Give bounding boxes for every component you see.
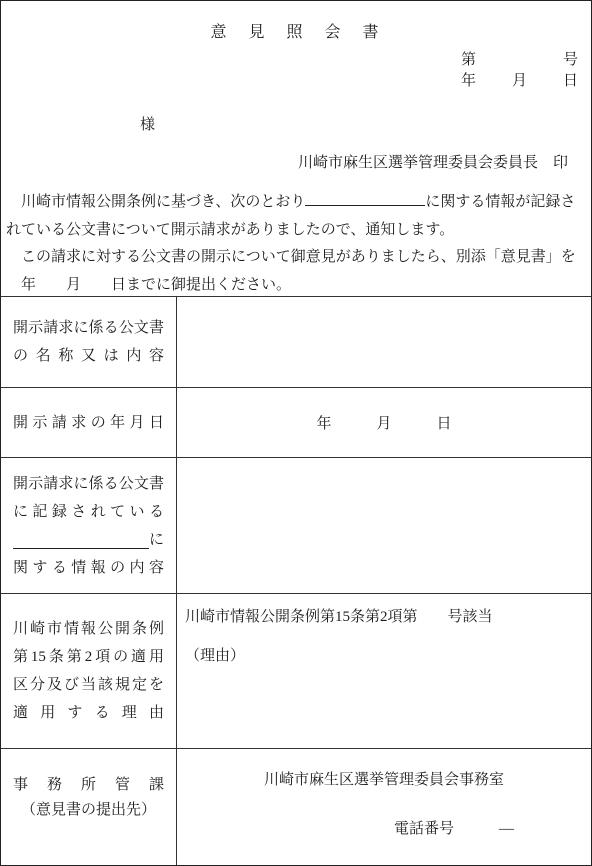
- table-row-responsible-office: 事務所管課 （意見書の提出先） 川崎市麻生区選挙管理委員会事務室 電話番号 ―: [1, 749, 591, 865]
- row2-date-placeholder: 年 月 日: [316, 412, 451, 433]
- table-row-request-date: 開示請求の年月日 年 月 日: [1, 388, 591, 458]
- addressee-honorific: 様: [140, 113, 155, 134]
- row4-value-cell: 川崎市情報公開条例第15条第2項第 号該当 （理由）: [177, 594, 591, 748]
- row3-label-line4: 関する情報の内容: [13, 554, 164, 582]
- row5-label-line2: （意見書の提出先）: [13, 798, 164, 823]
- row4-reason-label: （理由）: [185, 644, 583, 668]
- body-text-block: 川崎市情報公開条例に基づき、次のとおりに関する情報が記録されている公文書について…: [6, 189, 587, 299]
- date-year-label: 年: [461, 71, 476, 92]
- number-prefix: 第: [461, 50, 476, 71]
- number-suffix: 号: [563, 50, 578, 71]
- row1-label-line1: 開示請求に係る公文書: [13, 314, 164, 342]
- reference-block: 第号 年月日: [461, 50, 578, 92]
- row2-label-line: 開示請求の年月日: [13, 409, 164, 437]
- document-date-line: 年月日: [461, 71, 578, 92]
- document-number-line: 第号: [461, 50, 578, 71]
- row5-value-cell: 川崎市麻生区選挙管理委員会事務室 電話番号 ―: [177, 749, 591, 865]
- row5-label-cell: 事務所管課 （意見書の提出先）: [1, 749, 177, 865]
- row3-label-line3-suffix: に: [149, 526, 164, 554]
- row3-fill-in-blank-underline: [13, 548, 149, 549]
- date-day-label: 日: [563, 71, 578, 92]
- opinion-inquiry-document: 意 見 照 会 書 第号 年月日 様 川崎市麻生区選挙管理委員会委員長 印 川崎…: [0, 0, 592, 866]
- table-row-document-name: 開示請求に係る公文書 の名称又は内容: [1, 297, 591, 388]
- body-paragraph-1: 川崎市情報公開条例に基づき、次のとおりに関する情報が記録されている公文書について…: [6, 189, 587, 244]
- row4-label-line2: 第15条第2項の適用: [13, 643, 164, 671]
- inquiry-form-table: 開示請求に係る公文書 の名称又は内容 開示請求の年月日 年 月 日 開示請求に係…: [1, 296, 591, 865]
- table-row-ordinance-application: 川崎市情報公開条例 第15条第2項の適用 区分及び当該規定を 適用する理由 川崎…: [1, 594, 591, 749]
- row5-label-line1: 事務所管課: [13, 773, 164, 798]
- issuer-line: 川崎市麻生区選挙管理委員会委員長 印: [298, 151, 568, 172]
- row4-label-cell: 川崎市情報公開条例 第15条第2項の適用 区分及び当該規定を 適用する理由: [1, 594, 177, 748]
- row4-label-line4: 適用する理由: [13, 699, 164, 727]
- row4-applicable-clause: 川崎市情報公開条例第15条第2項第 号該当: [185, 605, 583, 629]
- row1-label-cell: 開示請求に係る公文書 の名称又は内容: [1, 297, 177, 387]
- row1-value-cell: [177, 297, 591, 387]
- date-month-label: 月: [512, 71, 527, 92]
- fill-in-blank-underline: [305, 193, 425, 206]
- row4-label-line1: 川崎市情報公開条例: [13, 615, 164, 643]
- row3-label-cell: 開示請求に係る公文書 に記録されている に 関する情報の内容: [1, 458, 177, 593]
- para1-text-before-blank: 川崎市情報公開条例に基づき、次のとおり: [6, 194, 305, 210]
- row2-value-cell: 年 月 日: [177, 388, 591, 457]
- row4-label-line3: 区分及び当該規定を: [13, 671, 164, 699]
- row3-label-line2: に記録されている: [13, 498, 164, 526]
- row2-label-cell: 開示請求の年月日: [1, 388, 177, 457]
- body-paragraph-2: この請求に対する公文書の開示について御意見がありましたら、別添「意見書」を 年 …: [6, 244, 587, 299]
- table-row-recorded-information: 開示請求に係る公文書 に記録されている に 関する情報の内容: [1, 458, 591, 594]
- document-title: 意 見 照 会 書: [1, 19, 591, 42]
- row1-label-line2: の名称又は内容: [13, 342, 164, 370]
- row3-label-line1: 開示請求に係る公文書: [13, 470, 164, 498]
- row3-value-cell: [177, 458, 591, 593]
- row3-label-line3: に: [13, 526, 164, 554]
- row5-office-name: 川崎市麻生区選挙管理委員会事務室: [185, 769, 583, 791]
- row5-phone-line: 電話番号 ―: [185, 818, 583, 840]
